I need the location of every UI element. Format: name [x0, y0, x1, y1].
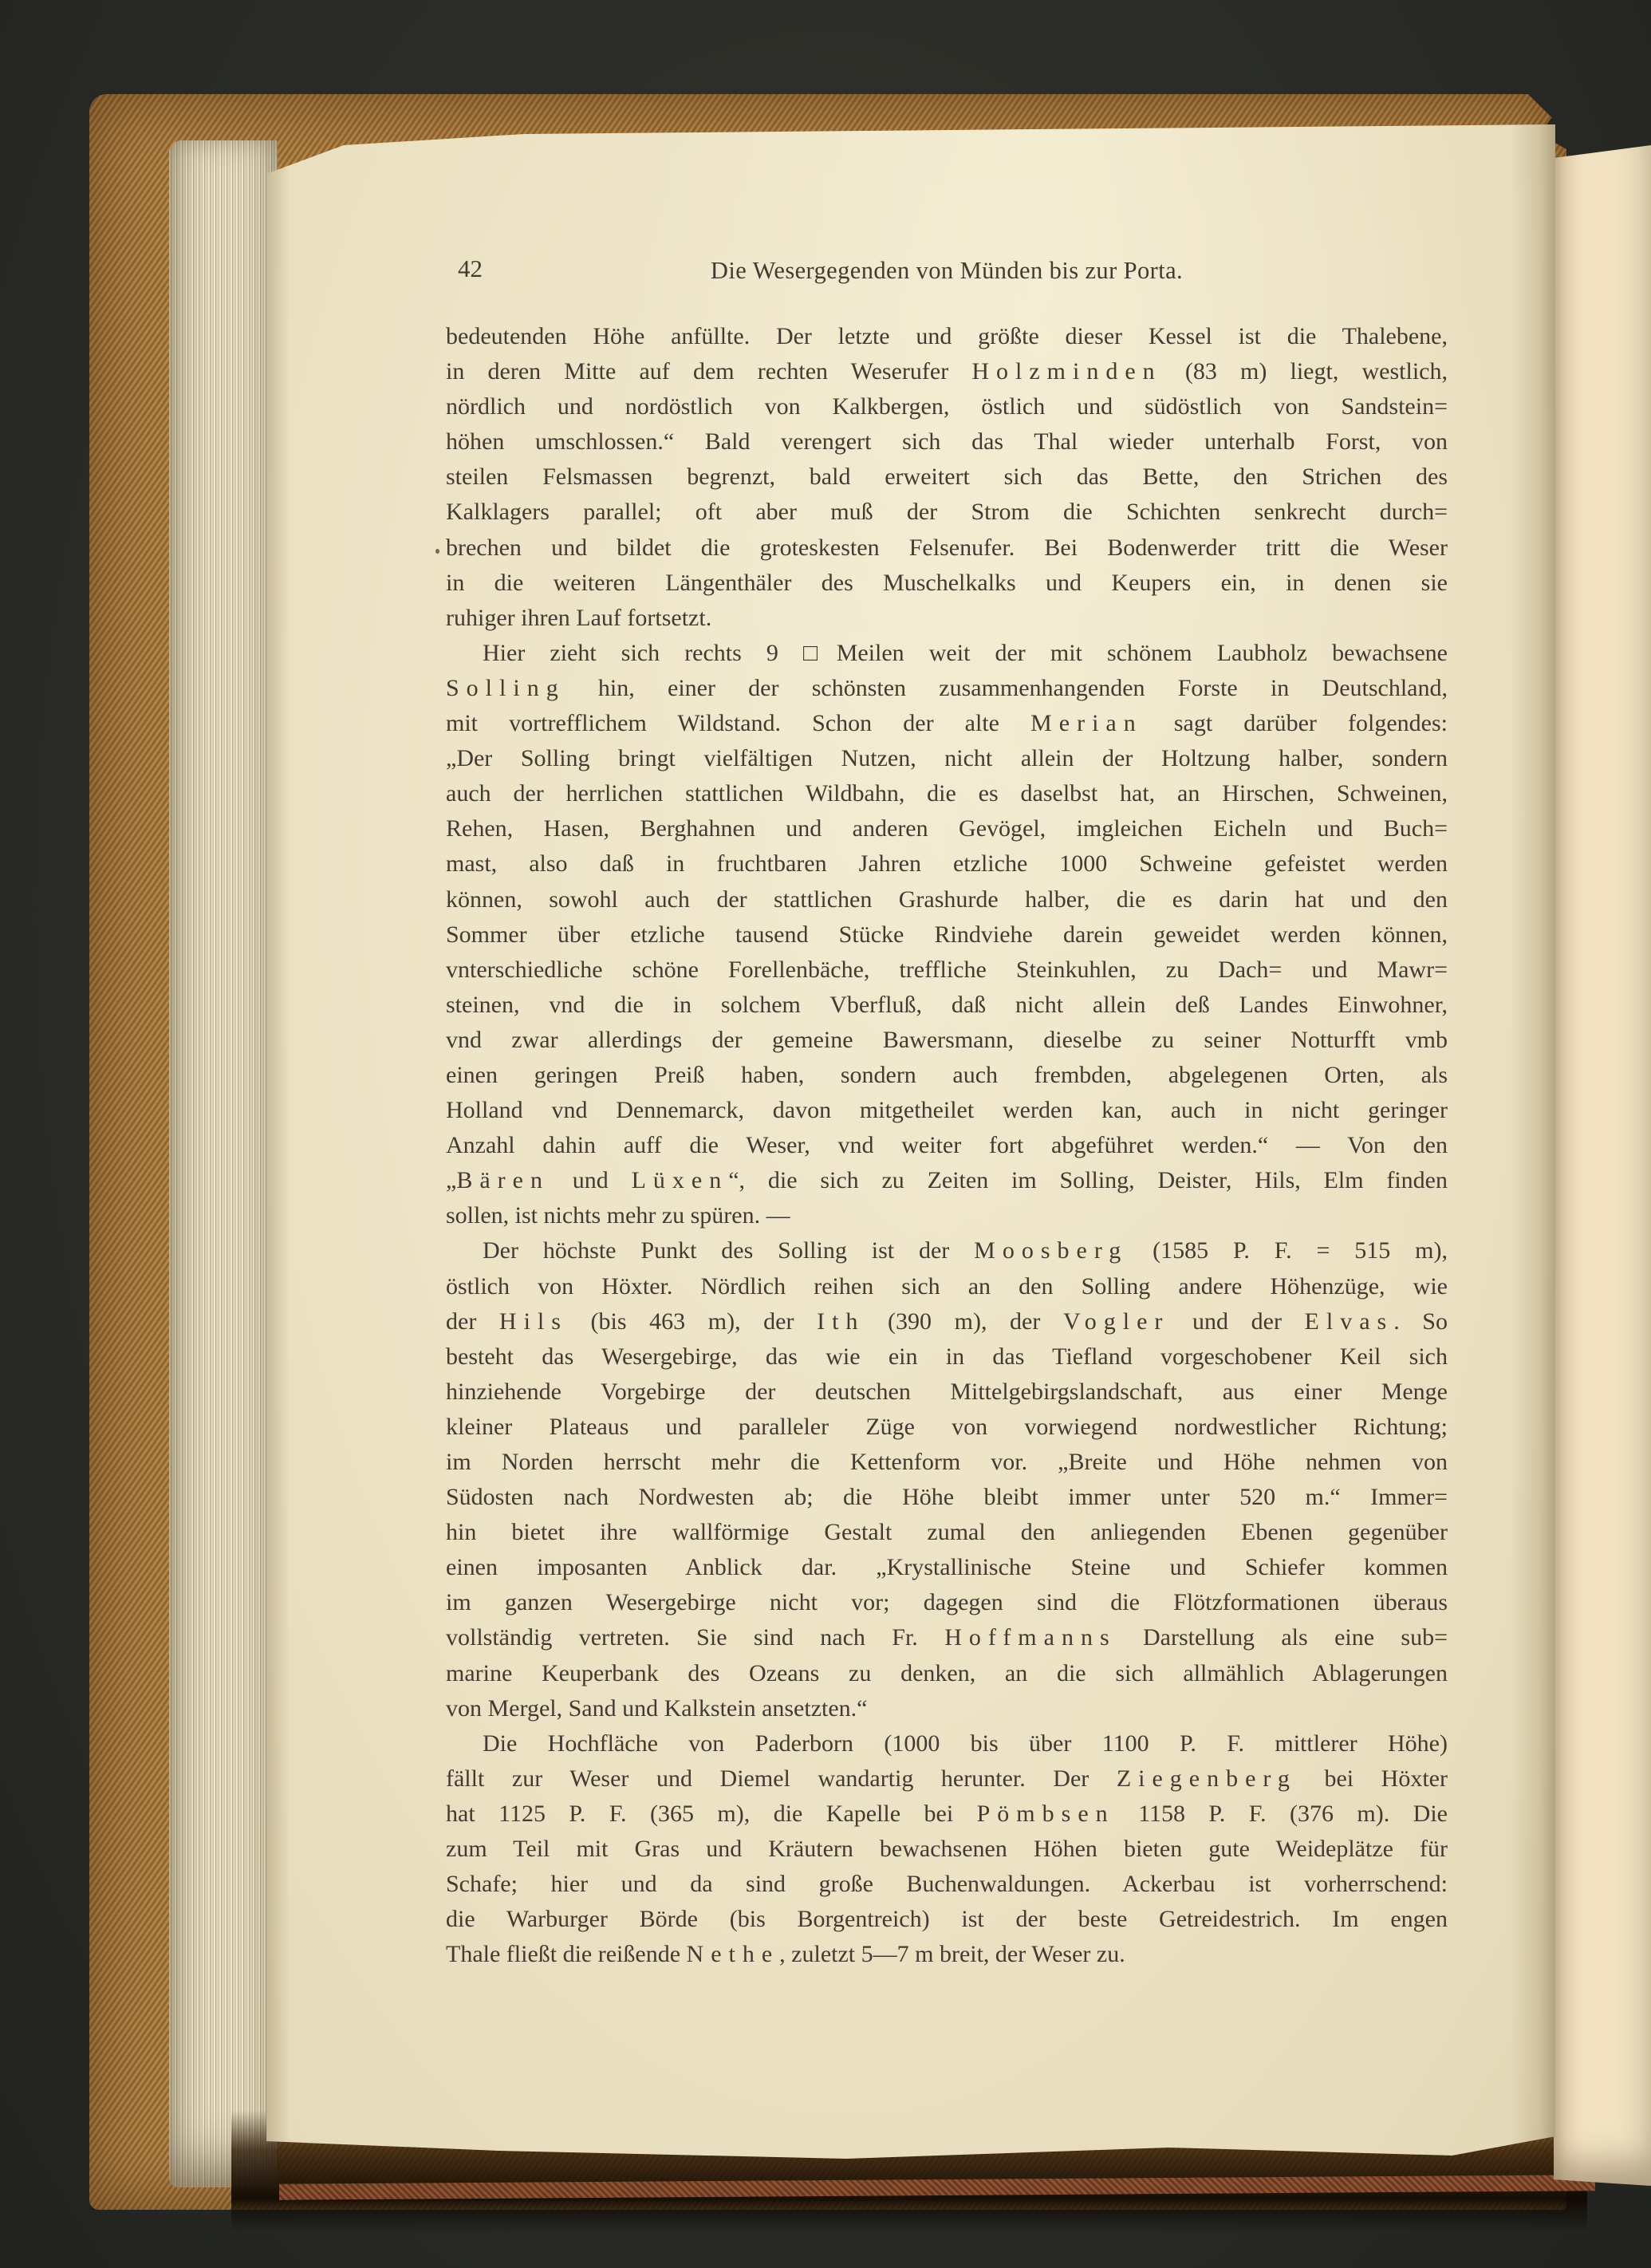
- text-line: fällt zur Weser und Diemel wandartig her…: [446, 1761, 1448, 1797]
- text-line: Kalklagers parallel; oft aber muß der St…: [446, 495, 1448, 530]
- text-line: Solling hin, einer der schönsten zusamme…: [446, 671, 1448, 706]
- letterspaced-name: Ziegenberg: [1117, 1765, 1297, 1792]
- text-segment: (bis 463 m), der: [568, 1308, 817, 1335]
- text-segment: Hier zieht sich rechts 9 □Meilen weit de…: [483, 640, 1448, 666]
- letterspaced-name: Nethe: [687, 1941, 780, 1967]
- text-segment: die Warburger Börde (bis Borgentreich) i…: [446, 1906, 1448, 1932]
- text-segment: in die weiteren Längenthäler des Muschel…: [446, 570, 1448, 596]
- letterspaced-name: Vogler: [1063, 1308, 1169, 1335]
- text-segment: zum Teil mit Gras und Kräutern bewachsen…: [446, 1836, 1448, 1862]
- text-segment: Thale fließt die reißende: [446, 1941, 687, 1967]
- text-line: im Norden herrscht mehr die Kettenform v…: [446, 1445, 1448, 1480]
- text-line: der Hils (bis 463 m), der Ith (390 m), d…: [446, 1304, 1448, 1339]
- text-segment: bei Höxter: [1297, 1765, 1448, 1792]
- text-line: kleiner Plateaus und paralleler Züge von…: [446, 1410, 1448, 1445]
- text-segment: östlich von Höxter. Nördlich reihen sich…: [446, 1273, 1448, 1300]
- text-line: vnterschiedliche schöne Forellenbäche, t…: [446, 953, 1448, 988]
- text-segment: „Der Solling bringt vielfältigen Nutzen,…: [446, 745, 1448, 771]
- text-segment: vnterschiedliche schöne Forellenbäche, t…: [446, 957, 1448, 983]
- text-segment: hinziehende Vorgebirge der deutschen Mit…: [446, 1379, 1448, 1405]
- text-segment: Kalklagers parallel; oft aber muß der St…: [446, 499, 1448, 525]
- paragraph: Hier zieht sich rechts 9 □Meilen weit de…: [446, 636, 1448, 1234]
- letterspaced-name: Hoffmanns: [944, 1624, 1116, 1651]
- text-segment: brechen und bildet die groteskesten Fels…: [446, 534, 1448, 561]
- text-line: auch der herrlichen stattlichen Wildbahn…: [446, 776, 1448, 811]
- text-segment: steinen, vnd die in solchem Vberfluß, da…: [446, 992, 1448, 1018]
- letterspaced-name: Holzminden: [971, 358, 1161, 385]
- letterspaced-name: Lüxen: [632, 1167, 729, 1193]
- text-line: nördlich und nordöstlich von Kalkbergen,…: [446, 389, 1448, 424]
- letterspaced-name: Solling: [446, 675, 565, 701]
- text-segment: fällt zur Weser und Diemel wandartig her…: [446, 1765, 1117, 1792]
- text-line: vollständig vertreten. Sie sind nach Fr.…: [446, 1620, 1448, 1655]
- text-segment: nördlich und nordöstlich von Kalkbergen,…: [446, 393, 1448, 420]
- text-line: höhen umschlossen.“ Bald verengert sich …: [446, 424, 1448, 460]
- page-edges-stack: [169, 140, 278, 2187]
- paragraph: bedeutenden Höhe anfüllte. Der letzte un…: [446, 319, 1448, 636]
- text-segment: Darstellung als eine sub=: [1117, 1624, 1448, 1651]
- ink-speck: [435, 549, 439, 554]
- text-segment: einen geringen Preiß haben, sondern auch…: [446, 1062, 1448, 1088]
- text-segment: und der: [1169, 1308, 1304, 1335]
- book-page: 42 Die Wesergegenden von Münden bis zur …: [266, 124, 1555, 2168]
- text-segment: besteht das Wesergebirge, das wie ein in…: [446, 1343, 1448, 1370]
- text-line: einen geringen Preiß haben, sondern auch…: [446, 1058, 1448, 1093]
- text-segment: Schafe; hier und da sind große Buchenwal…: [446, 1871, 1448, 1897]
- text-line: vnd zwar allerdings der gemeine Bawersma…: [446, 1023, 1448, 1058]
- text-segment: marine Keuperbank des Ozeans zu denken, …: [446, 1660, 1448, 1686]
- text-segment: der: [446, 1308, 499, 1335]
- text-segment: Holland vnd Dennemarck, davon mitgetheil…: [446, 1097, 1448, 1123]
- text-segment: Die Hochfläche von Paderborn (1000 bis ü…: [483, 1730, 1448, 1757]
- text-segment: kleiner Plateaus und paralleler Züge von…: [446, 1414, 1448, 1440]
- text-line: steinen, vnd die in solchem Vberfluß, da…: [446, 988, 1448, 1023]
- text-line: mast, also daß in fruchtbaren Jahren etz…: [446, 846, 1448, 882]
- text-line: bedeutenden Höhe anfüllte. Der letzte un…: [446, 319, 1448, 354]
- text-line: können, sowohl auch der stattlichen Gras…: [446, 882, 1448, 917]
- text-line: hin bietet ihre wallförmige Gestalt zuma…: [446, 1515, 1448, 1550]
- text-segment: im Norden herrscht mehr die Kettenform v…: [446, 1449, 1448, 1475]
- text-line: Südosten nach Nordwesten ab; die Höhe bl…: [446, 1480, 1448, 1515]
- text-line: Rehen, Hasen, Berghahnen und anderen Gev…: [446, 811, 1448, 846]
- text-line: im ganzen Wesergebirge nicht vor; dagege…: [446, 1585, 1448, 1620]
- body-text: bedeutenden Höhe anfüllte. Der letzte un…: [446, 319, 1448, 1972]
- text-line: mit vortrefflichem Wildstand. Schon der …: [446, 706, 1448, 741]
- text-line: die Warburger Börde (bis Borgentreich) i…: [446, 1902, 1448, 1937]
- letterspaced-name: Bären: [456, 1167, 550, 1193]
- text-line: sollen, ist nichts mehr zu spüren. —: [446, 1198, 1448, 1233]
- text-segment: , zuletzt 5—7 m breit, der Weser zu.: [779, 1941, 1125, 1967]
- text-line: Der höchste Punkt des Solling ist der Mo…: [446, 1233, 1448, 1268]
- text-segment: (83 m) liegt, westlich,: [1162, 358, 1448, 385]
- text-segment: sollen, ist nichts mehr zu spüren. —: [446, 1202, 790, 1229]
- text-line: in deren Mitte auf dem rechten Weserufer…: [446, 354, 1448, 389]
- book-photo: 42 Die Wesergegenden von Münden bis zur …: [0, 0, 1651, 2268]
- text-segment: . So: [1393, 1308, 1448, 1335]
- text-segment: können, sowohl auch der stattlichen Gras…: [446, 886, 1448, 913]
- text-line: zum Teil mit Gras und Kräutern bewachsen…: [446, 1832, 1448, 1867]
- text-line: Anzahl dahin auff die Weser, vnd weiter …: [446, 1128, 1448, 1163]
- text-segment: „: [446, 1167, 456, 1193]
- letterspaced-name: Merian: [1030, 710, 1143, 736]
- text-line: von Mergel, Sand und Kalkstein ansetzten…: [446, 1691, 1448, 1726]
- text-segment: sagt darüber folgendes:: [1143, 710, 1448, 736]
- text-segment: bedeutenden Höhe anfüllte. Der letzte un…: [446, 323, 1448, 349]
- text-segment: mit vortrefflichem Wildstand. Schon der …: [446, 710, 1030, 736]
- text-segment: von Mergel, Sand und Kalkstein ansetzten…: [446, 1695, 868, 1722]
- text-line: einen imposanten Anblick dar. „Krystalli…: [446, 1550, 1448, 1585]
- text-segment: steilen Felsmassen begrenzt, bald erweit…: [446, 463, 1448, 490]
- text-segment: Sommer über etzliche tausend Stücke Rind…: [446, 921, 1448, 948]
- text-line: in die weiteren Längenthäler des Muschel…: [446, 566, 1448, 601]
- text-segment: Der höchste Punkt des Solling ist der: [483, 1237, 974, 1264]
- text-line: besteht das Wesergebirge, das wie ein in…: [446, 1339, 1448, 1375]
- text-line: hat 1125 P. F. (365 m), die Kapelle bei …: [446, 1797, 1448, 1832]
- text-line: brechen und bildet die groteskesten Fels…: [446, 531, 1448, 566]
- text-segment: einen imposanten Anblick dar. „Krystalli…: [446, 1554, 1448, 1580]
- text-segment: und: [550, 1167, 632, 1193]
- text-segment: vnd zwar allerdings der gemeine Bawersma…: [446, 1027, 1448, 1053]
- text-segment: mast, also daß in fruchtbaren Jahren etz…: [446, 850, 1448, 877]
- text-line: ruhiger ihren Lauf fortsetzt.: [446, 601, 1448, 636]
- text-line: „Bären und Lüxen“, die sich zu Zeiten im…: [446, 1163, 1448, 1198]
- letterspaced-name: Ith: [817, 1308, 865, 1335]
- text-segment: im ganzen Wesergebirge nicht vor; dagege…: [446, 1589, 1448, 1615]
- text-segment: höhen umschlossen.“ Bald verengert sich …: [446, 428, 1448, 455]
- text-segment: hat 1125 P. F. (365 m), die Kapelle bei: [446, 1801, 977, 1827]
- letterspaced-name: Elvas: [1305, 1308, 1394, 1335]
- text-line: Thale fließt die reißende Nethe, zuletzt…: [446, 1937, 1448, 1972]
- text-line: hinziehende Vorgebirge der deutschen Mit…: [446, 1375, 1448, 1410]
- text-segment: ruhiger ihren Lauf fortsetzt.: [446, 605, 711, 631]
- text-segment: (390 m), der: [865, 1308, 1063, 1335]
- text-line: Sommer über etzliche tausend Stücke Rind…: [446, 917, 1448, 953]
- text-segment: auch der herrlichen stattlichen Wildbahn…: [446, 780, 1448, 807]
- text-segment: (1585 P. F. = 515 m),: [1128, 1237, 1448, 1264]
- facing-page-edge: [1554, 145, 1651, 2186]
- text-line: Hier zieht sich rechts 9 □Meilen weit de…: [446, 636, 1448, 671]
- letterspaced-name: Hils: [499, 1308, 568, 1335]
- paragraph: Die Hochfläche von Paderborn (1000 bis ü…: [446, 1726, 1448, 1973]
- letterspaced-name: Moosberg: [974, 1237, 1128, 1264]
- text-segment: hin, einer der schönsten zusammenhangend…: [565, 675, 1448, 701]
- text-segment: vollständig vertreten. Sie sind nach Fr.: [446, 1624, 944, 1651]
- text-line: marine Keuperbank des Ozeans zu denken, …: [446, 1656, 1448, 1691]
- text-segment: in deren Mitte auf dem rechten Weserufer: [446, 358, 971, 385]
- text-line: Die Hochfläche von Paderborn (1000 bis ü…: [446, 1726, 1448, 1761]
- text-segment: “, die sich zu Zeiten im Solling, Deiste…: [728, 1167, 1448, 1193]
- text-line: östlich von Höxter. Nördlich reihen sich…: [446, 1269, 1448, 1304]
- text-segment: Anzahl dahin auff die Weser, vnd weiter …: [446, 1132, 1448, 1158]
- text-line: „Der Solling bringt vielfältigen Nutzen,…: [446, 741, 1448, 776]
- text-segment: Rehen, Hasen, Berghahnen und anderen Gev…: [446, 815, 1448, 842]
- text-line: Schafe; hier und da sind große Buchenwal…: [446, 1867, 1448, 1902]
- text-segment: Südosten nach Nordwesten ab; die Höhe bl…: [446, 1484, 1448, 1510]
- text-segment: hin bietet ihre wallförmige Gestalt zuma…: [446, 1519, 1448, 1545]
- paragraph: Der höchste Punkt des Solling ist der Mo…: [446, 1233, 1448, 1726]
- letterspaced-name: Pömbsen: [977, 1801, 1115, 1827]
- text-line: steilen Felsmassen begrenzt, bald erweit…: [446, 460, 1448, 495]
- text-line: Holland vnd Dennemarck, davon mitgetheil…: [446, 1093, 1448, 1128]
- text-segment: 1158 P. F. (376 m). Die: [1115, 1801, 1448, 1827]
- running-header: Die Wesergegenden von Münden bis zur Por…: [446, 256, 1448, 286]
